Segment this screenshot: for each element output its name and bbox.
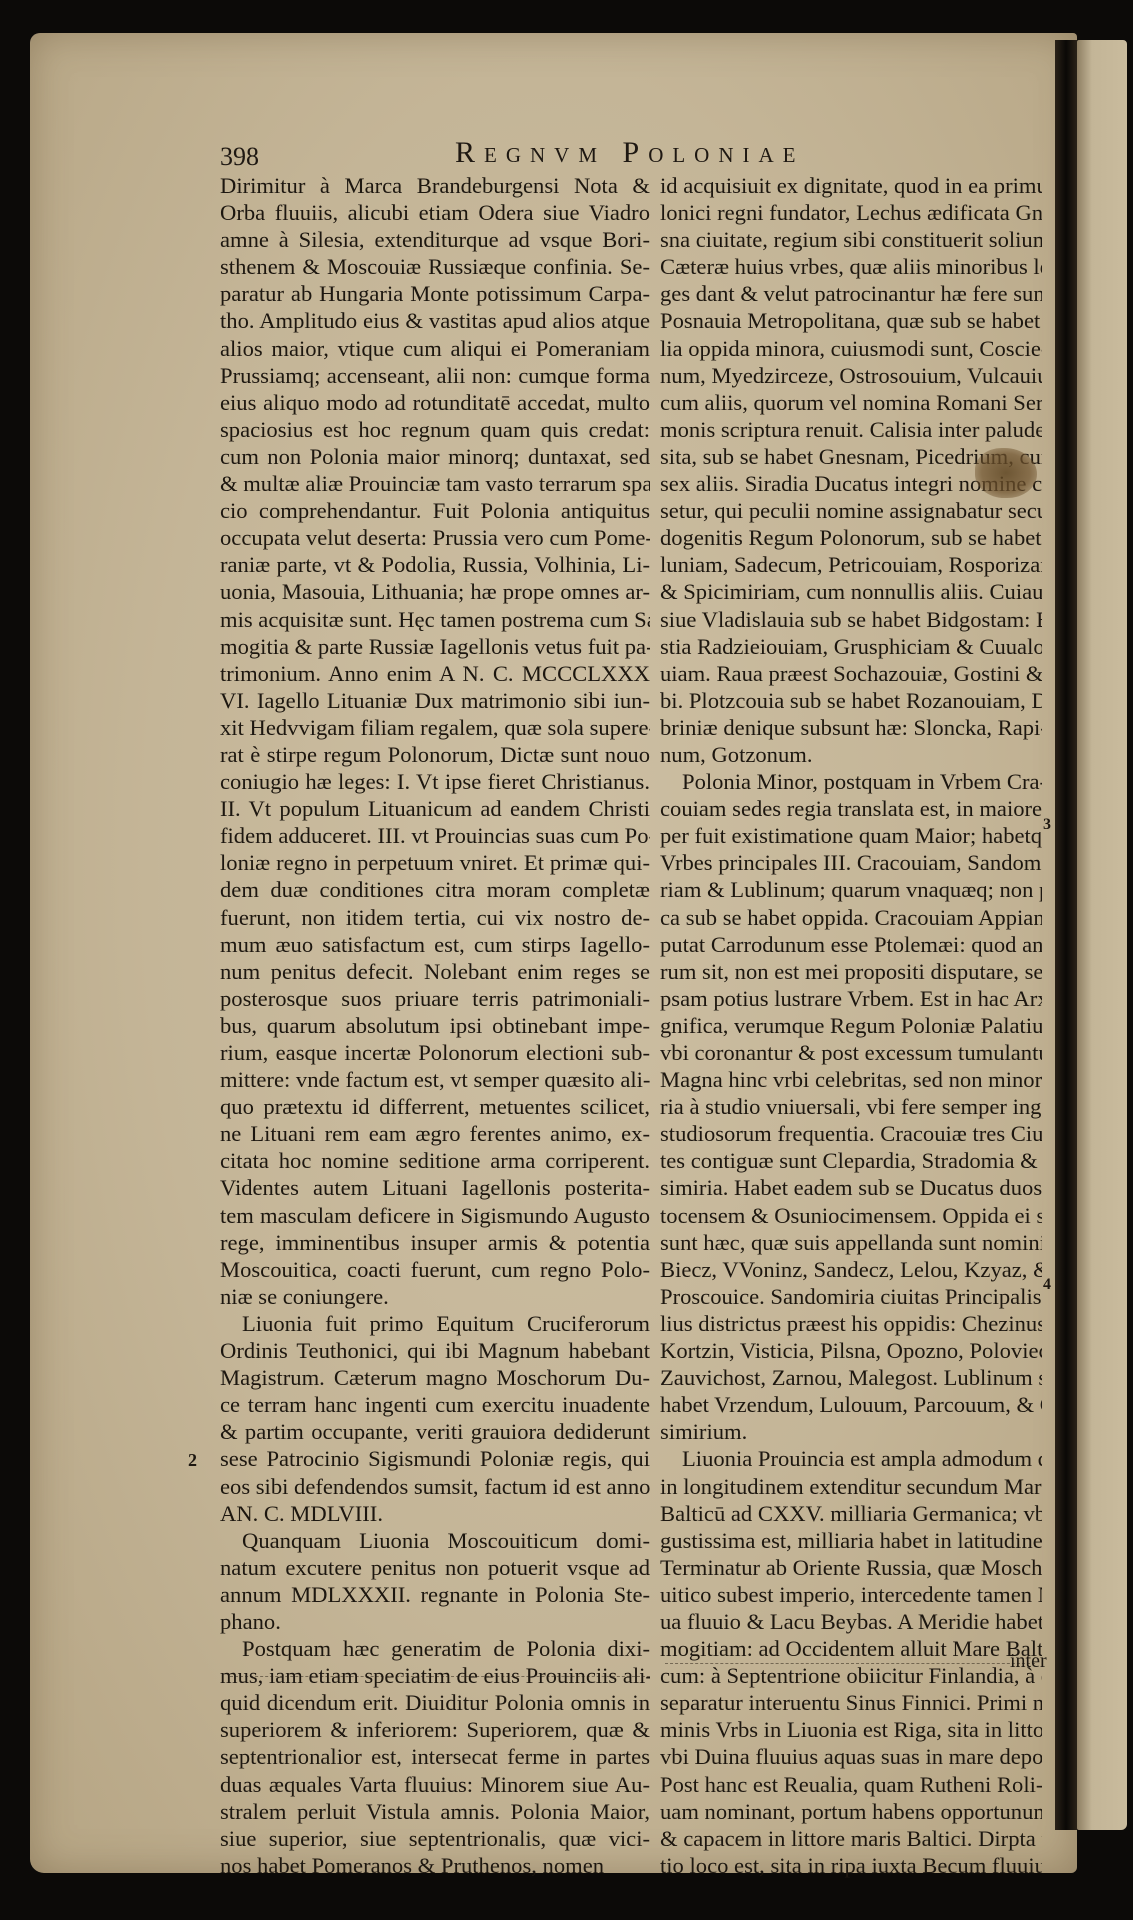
- text-line: rat è stirpe regum Polonorum, Dictæ sunt…: [220, 741, 650, 768]
- text-line: Terminatur ab Oriente Russia, quæ Moscho…: [660, 1554, 1042, 1581]
- text-line: Magna hinc vrbi celebritas, sed non mino…: [660, 1066, 1042, 1093]
- text-line: posterosque suos priuare terris patrimon…: [220, 985, 650, 1012]
- text-line: setur, qui peculii nomine assignabatur s…: [660, 497, 1042, 524]
- text-line: Vrbes principales III. Cracouiam, Sandom…: [660, 849, 1042, 876]
- text-line: Orba fluuiis, alicubi etiam Odera siue V…: [220, 199, 650, 226]
- text-line: riam & Lublinum; quarum vnaquæq; non pau…: [660, 876, 1042, 903]
- text-line: simiria. Habet eadem sub se Ducatus duos…: [660, 1174, 1042, 1201]
- text-line: mogitiam: ad Occidentem alluit Mare Balt…: [660, 1635, 1042, 1662]
- text-line: superiorem & inferiorem: Superiorem, quæ…: [220, 1716, 650, 1743]
- text-line: bi. Plotzcouia sub se habet Rozanouiam, …: [660, 687, 1042, 714]
- text-line: coniugio hæ leges: I. Vt ipse fieret Chr…: [220, 768, 650, 795]
- running-title: Regnvm Poloniae: [455, 136, 805, 170]
- text-line: rum sit, non est mei propositi disputare…: [660, 958, 1042, 985]
- book-gutter: [1055, 40, 1077, 1830]
- text-line: uiam. Raua præest Sochazouiæ, Gostini & …: [660, 660, 1042, 687]
- text-line: Magistrum. Cæterum magno Moschorum Du-: [220, 1364, 650, 1391]
- catchword: inter: [1010, 1650, 1047, 1673]
- text-line: uitico subest imperio, intercedente tame…: [660, 1581, 1042, 1608]
- text-line: Zauvichost, Zarnou, Malegost. Lublinum s…: [660, 1364, 1042, 1391]
- text-line: citata hoc nomine seditione arma corripe…: [220, 1147, 650, 1174]
- text-line: vbi coronantur & post excessum tumulantu…: [660, 1039, 1042, 1066]
- page-number: 398: [220, 142, 259, 172]
- text-line: tem masculam deficere in Sigismundo Augu…: [220, 1202, 650, 1229]
- text-line: rium, easque incertæ Polonorum electioni…: [220, 1039, 650, 1066]
- text-line: ria à studio vniuersali, vbi fere semper…: [660, 1093, 1042, 1120]
- text-line: paratur ab Hungaria Monte potissimum Car…: [220, 280, 650, 307]
- text-line: bus, quarum absolutum ipsi obtinebant im…: [220, 1012, 650, 1039]
- text-line: quo prætextu id differrent, metuentes sc…: [220, 1093, 650, 1120]
- text-line: minis Vrbs in Liuonia est Riga, sita in …: [660, 1716, 1042, 1743]
- text-line: xit Hedvvigam filiam regalem, quæ sola s…: [220, 714, 650, 741]
- text-line: natum excutere penitus non potuerit vsqu…: [220, 1554, 650, 1581]
- text-line: tes contiguæ sunt Clepardia, Stradomia &…: [660, 1147, 1042, 1174]
- text-line: spaciosius est hoc regnum quam quis cred…: [220, 416, 650, 443]
- text-line: niæ se coniungere.: [220, 1283, 650, 1310]
- margin-mark: 4: [1043, 1276, 1051, 1294]
- text-line: cum aliis, quorum vel nomina Romani Ser-: [660, 389, 1042, 416]
- text-line: uam nominant, portum habens opportunum: [660, 1798, 1042, 1825]
- text-line: phano.: [220, 1608, 650, 1635]
- text-line: gnifica, verumque Regum Poloniæ Palatium…: [660, 1012, 1042, 1039]
- text-line: gustissima est, milliaria habet in latit…: [660, 1527, 1042, 1554]
- text-line: Polonia Minor, postquam in Vrbem Cra-: [660, 768, 1042, 795]
- text-line: eos sibi defendendos sumsit, factum id e…: [220, 1473, 650, 1500]
- right-text-column: id acquisiuit ex dignitate, quod in ea p…: [660, 172, 1042, 1879]
- text-line: uonia, Masouia, Lithuania; hæ prope omne…: [220, 578, 650, 605]
- text-line: tocensem & Osuniocimensem. Oppida ei sub…: [660, 1202, 1042, 1229]
- text-line: per fuit existimatione quam Maior; habet…: [660, 822, 1042, 849]
- text-line: monis scriptura renuit. Calisia inter pa…: [660, 416, 1042, 443]
- text-line: septentrionalior est, intersecat ferme i…: [220, 1743, 650, 1770]
- text-line: sese Patrocinio Sigismundi Poloniæ regis…: [220, 1445, 650, 1472]
- text-line: alios maior, vtique cum aliqui ei Pomera…: [220, 335, 650, 362]
- left-text-column: Dirimitur à Marca Brandeburgensi Nota &O…: [220, 172, 650, 1879]
- ink-stain: [975, 448, 1037, 498]
- text-line: Balticū ad CXXV. milliaria Germanica; vb…: [660, 1500, 1042, 1527]
- text-line: amne à Silesia, extenditurque ad vsque B…: [220, 226, 650, 253]
- text-line: & capacem in littore maris Baltici. Dirp…: [660, 1825, 1042, 1852]
- text-line: tho. Amplitudo eius & vastitas apud alio…: [220, 307, 650, 334]
- text-line: id acquisiuit ex dignitate, quod in ea p…: [660, 172, 1042, 199]
- text-line: vbi Duina fluuius aquas suas in mare dep…: [660, 1743, 1042, 1770]
- text-line: Liuonia Prouincia est ampla admodum quæ: [660, 1445, 1042, 1472]
- text-line: cum: à Septentrione obiicitur Finlandia,…: [660, 1662, 1042, 1689]
- text-line: raniæ parte, vt & Podolia, Russia, Volhi…: [220, 551, 650, 578]
- text-line: Liuonia fuit primo Equitum Cruciferorum: [220, 1310, 650, 1337]
- bottom-rule: [665, 1663, 1035, 1665]
- text-line: lius districtus præest his oppidis: Chez…: [660, 1310, 1042, 1337]
- text-line: Prussiamq; accenseant, alii non: cumque …: [220, 362, 650, 389]
- text-line: sna ciuitate, regium sibi constituerit s…: [660, 226, 1042, 253]
- text-line: siue superior, siue septentrionalis, quæ…: [220, 1825, 650, 1852]
- text-line: num, Gotzonum.: [660, 741, 1042, 768]
- text-line: mittere: vnde factum est, vt semper quæs…: [220, 1066, 650, 1093]
- text-line: ce terram hanc ingenti cum exercitu inua…: [220, 1391, 650, 1418]
- margin-mark: 3: [1043, 816, 1051, 834]
- text-line: VI. Iagello Lituaniæ Dux matrimonio sibi…: [220, 687, 650, 714]
- text-line: Dirimitur à Marca Brandeburgensi Nota &: [220, 172, 650, 199]
- text-line: fidem adduceret. III. vt Prouincias suas…: [220, 822, 650, 849]
- text-line: duas æquales Varta fluuius: Minorem siue…: [220, 1771, 650, 1798]
- text-line: Posnauia Metropolitana, quæ sub se habet…: [660, 307, 1042, 334]
- text-line: separatur interuentu Sinus Finnici. Prim…: [660, 1689, 1042, 1716]
- text-line: ua fluuio & Lacu Beybas. A Meridie habet…: [660, 1608, 1042, 1635]
- text-line: sunt hæc, quæ suis appellanda sunt nomin…: [660, 1229, 1042, 1256]
- text-line: cio comprehendantur. Fuit Polonia antiqu…: [220, 497, 650, 524]
- text-line: tio loco est, sita in ripa iuxta Becum f…: [660, 1852, 1042, 1879]
- text-line: Ordinis Teuthonici, qui ibi Magnum habeb…: [220, 1337, 650, 1364]
- text-line: Biecz, VVoninz, Sandecz, Lelou, Kzyaz, &: [660, 1256, 1042, 1283]
- text-line: habet Vrzendum, Lulouum, Parcouum, & Ca-: [660, 1391, 1042, 1418]
- text-line: mogitia & parte Russiæ Iagellonis vetus …: [220, 633, 650, 660]
- text-line: Kortzin, Visticia, Pilsna, Opozno, Polov…: [660, 1337, 1042, 1364]
- text-line: lonici regni fundator, Lechus ædificata …: [660, 199, 1042, 226]
- bottom-rule: [230, 1676, 650, 1678]
- text-line: & multæ aliæ Prouinciæ tam vasto terraru…: [220, 470, 650, 497]
- text-line: AN. C. MDLVIII.: [220, 1500, 650, 1527]
- text-line: psam potius lustrare Vrbem. Est in hac A…: [660, 985, 1042, 1012]
- text-line: couiam sedes regia translata est, in mai…: [660, 795, 1042, 822]
- text-line: & partim occupante, veriti grauiora dedi…: [220, 1418, 650, 1445]
- text-line: simirium.: [660, 1418, 1042, 1445]
- text-line: rege, imminentibus insuper armis & poten…: [220, 1229, 650, 1256]
- text-line: putat Carrodunum esse Ptolemæi: quod an …: [660, 931, 1042, 958]
- text-line: Moscouitica, coacti fuerunt, cum regno P…: [220, 1256, 650, 1283]
- text-line: trimonium. Anno enim A N. C. MCCCLXXX: [220, 660, 650, 687]
- paragraph-number-note: 2: [188, 1450, 197, 1471]
- text-line: ne Lituani rem eam ægro ferentes animo, …: [220, 1120, 650, 1147]
- text-line: studiosorum frequentia. Cracouiæ tres Ci…: [660, 1120, 1042, 1147]
- text-line: eius aliquo modo ad rotunditatē accedat,…: [220, 389, 650, 416]
- text-line: briniæ denique subsunt hæ: Sloncka, Rapi…: [660, 714, 1042, 741]
- text-line: mis acquisitæ sunt. Hęc tamen postrema c…: [220, 606, 650, 633]
- text-line: ges dant & velut patrocinantur hæ fere s…: [660, 280, 1042, 307]
- text-line: nos habet Pomeranos & Pruthenos, nomen: [220, 1852, 650, 1879]
- text-line: stralem perluit Vistula amnis. Polonia M…: [220, 1798, 650, 1825]
- text-line: sthenem & Moscouiæ Russiæque confinia. S…: [220, 253, 650, 280]
- text-line: in longitudinem extenditur secundum Mare: [660, 1473, 1042, 1500]
- text-line: Quanquam Liuonia Moscouiticum domi-: [220, 1527, 650, 1554]
- text-line: occupata velut deserta: Prussia vero cum…: [220, 524, 650, 551]
- facing-page-edge: [1077, 40, 1127, 1830]
- text-line: mum æuo satisfactum est, cum stirps Iage…: [220, 931, 650, 958]
- text-line: dogenitis Regum Polonorum, sub se habet …: [660, 524, 1042, 551]
- text-line: loniæ regno in perpetuum vniret. Et prim…: [220, 849, 650, 876]
- text-line: quid dicendum erit. Diuiditur Polonia om…: [220, 1689, 650, 1716]
- text-line: annum MDLXXXII. regnante in Polonia Ste-: [220, 1581, 650, 1608]
- text-line: dem duæ conditiones citra moram completæ: [220, 876, 650, 903]
- text-line: num penitus defecit. Nolebant enim reges…: [220, 958, 650, 985]
- text-line: num, Myedzirceze, Ostrosouium, Vulcauium…: [660, 362, 1042, 389]
- text-line: luniam, Sadecum, Petricouiam, Rosporizam: [660, 551, 1042, 578]
- running-head: 398 Regnvm Poloniae: [180, 130, 1060, 170]
- text-line: Cæteræ huius vrbes, quæ aliis minoribus …: [660, 253, 1042, 280]
- text-line: fuerunt, non itidem tertia, cui vix nost…: [220, 904, 650, 931]
- text-line: II. Vt populum Lituanicum ad eandem Chri…: [220, 795, 650, 822]
- text-line: lia oppida minora, cuiusmodi sunt, Cosci…: [660, 335, 1042, 362]
- text-line: Videntes autem Lituani Iagellonis poster…: [220, 1174, 650, 1201]
- text-line: Proscouice. Sandomiria ciuitas Principal…: [660, 1283, 1042, 1310]
- text-line: cum non Polonia maior minorq; duntaxat, …: [220, 443, 650, 470]
- text-line: Postquam hæc generatim de Polonia dixi-: [220, 1635, 650, 1662]
- text-line: stia Radzieiouiam, Grusphiciam & Cuualo-: [660, 633, 1042, 660]
- text-line: ca sub se habet oppida. Cracouiam Appian…: [660, 904, 1042, 931]
- text-line: Post hanc est Reualia, quam Rutheni Roli…: [660, 1771, 1042, 1798]
- text-line: siue Vladislauia sub se habet Bidgostam:…: [660, 606, 1042, 633]
- text-line: & Spicimiriam, cum nonnullis aliis. Cuia…: [660, 578, 1042, 605]
